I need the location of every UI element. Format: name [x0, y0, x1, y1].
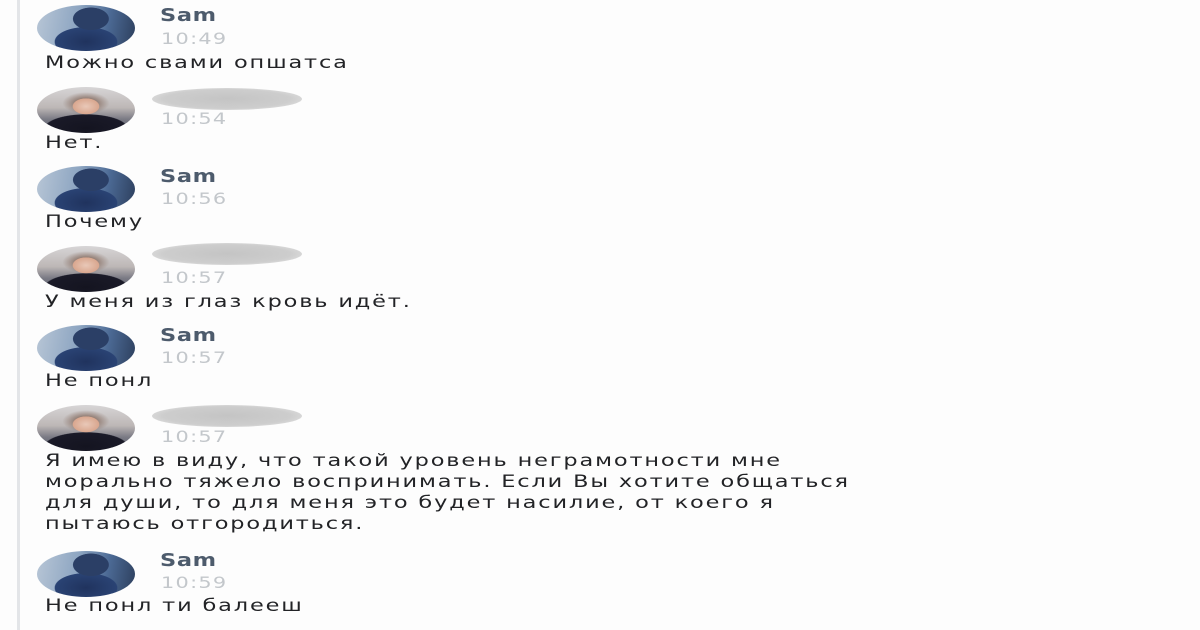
avatar[interactable] [37, 405, 135, 451]
sender-name-redacted [152, 88, 302, 110]
sender-name[interactable]: Sam [160, 325, 217, 346]
message-time: 10:57 [161, 348, 227, 367]
message-text: Почему [45, 212, 144, 233]
message-time: 10:54 [161, 109, 227, 128]
sender-name[interactable]: Sam [160, 5, 217, 26]
message-text-line: морально тяжело воспринимать. Если Вы хо… [45, 472, 850, 493]
avatar[interactable] [37, 87, 135, 133]
message-text: Не понл ти балееш [45, 596, 304, 617]
message-time: 10:59 [161, 573, 227, 592]
message-time: 10:57 [161, 268, 227, 287]
conversation-left-border [17, 0, 20, 630]
message-text: Нет. [45, 133, 103, 154]
message-text: Не понл [45, 371, 153, 392]
sender-name[interactable]: Sam [160, 166, 217, 187]
avatar[interactable] [37, 246, 135, 292]
avatar[interactable] [37, 5, 135, 51]
message-text-line: Я имею в виду, что такой уровень неграмо… [45, 451, 782, 472]
avatar[interactable] [37, 325, 135, 371]
message-text: Можно свами опшатса [45, 53, 349, 74]
sender-name[interactable]: Sam [160, 550, 217, 571]
message-text-line: для души, то для меня это будет насилие,… [45, 493, 775, 514]
message-time: 10:56 [161, 189, 227, 208]
avatar[interactable] [37, 551, 135, 597]
avatar[interactable] [37, 166, 135, 212]
message-text-line: пытаюсь отгородиться. [45, 514, 364, 535]
message-time: 10:57 [161, 427, 227, 446]
sender-name-redacted [152, 243, 302, 265]
message-text: У меня из глаз кровь идёт. [45, 292, 412, 313]
sender-name-redacted [152, 405, 302, 427]
message-time: 10:49 [161, 29, 227, 48]
